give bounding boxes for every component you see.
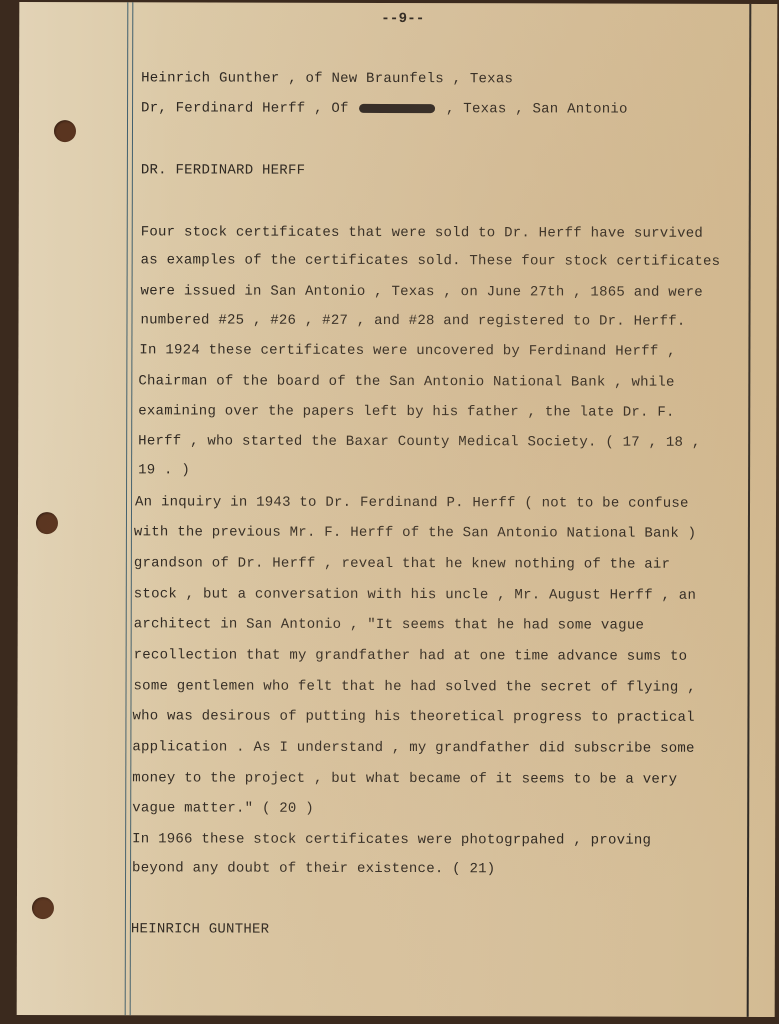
body-line: Herff , who started the Baxar County Med… <box>138 433 700 450</box>
punch-hole-middle <box>36 512 58 534</box>
body-line: examining over the papers left by his fa… <box>138 403 674 420</box>
body-line: recollection that my grandfather had at … <box>134 647 688 664</box>
body-line: some gentlemen who felt that he had solv… <box>134 678 696 695</box>
body-line: with the previous Mr. F. Herff of the Sa… <box>134 524 696 541</box>
body-line: who was desirous of putting his theoreti… <box>132 708 694 725</box>
body-line: Chairman of the board of the San Antonio… <box>138 373 674 390</box>
header-line-2: Dr, Ferdinard Herff , Of , Texas , San A… <box>141 100 628 117</box>
redaction-mark <box>359 104 435 113</box>
section-heading-gunther: HEINRICH GUNTHER <box>131 921 269 937</box>
body-line: as examples of the certificates sold. Th… <box>141 252 721 270</box>
body-line: architect in San Antonio , "It seems tha… <box>134 616 644 633</box>
body-line: money to the project , but what became o… <box>132 770 677 787</box>
section-heading-herff: DR. FERDINARD HERFF <box>141 162 305 178</box>
punch-hole-top <box>54 120 76 142</box>
body-line: In 1966 these stock certificates were ph… <box>132 831 651 848</box>
body-line: grandson of Dr. Herff , reveal that he k… <box>134 555 670 572</box>
body-line: In 1924 these certificates were uncovere… <box>139 342 675 359</box>
body-line: vague matter." ( 20 ) <box>132 800 314 816</box>
body-line: numbered #25 , #26 , #27 , and #28 and r… <box>140 312 685 329</box>
header-line-1: Heinrich Gunther , of New Braunfels , Te… <box>141 70 513 87</box>
body-line: An inquiry in 1943 to Dr. Ferdinand P. H… <box>135 494 689 511</box>
typewritten-page: --9-- Heinrich Gunther , of New Braunfel… <box>17 2 778 1017</box>
body-line: stock , but a conversation with his uncl… <box>134 586 696 603</box>
page-number: --9-- <box>381 11 424 27</box>
right-margin-rule <box>747 4 752 1017</box>
body-line: Four stock certificates that were sold t… <box>141 224 703 241</box>
body-line: 19 . ) <box>138 462 190 478</box>
header-line-2-before: Dr, Ferdinard Herff , Of <box>141 100 349 117</box>
body-line: were issued in San Antonio , Texas , on … <box>141 283 703 300</box>
body-line: beyond any doubt of their existence. ( 2… <box>132 860 495 877</box>
header-line-2-after: , Texas , San Antonio <box>446 101 628 117</box>
body-line: application . As I understand , my grand… <box>132 739 694 756</box>
punch-hole-bottom <box>32 897 54 919</box>
